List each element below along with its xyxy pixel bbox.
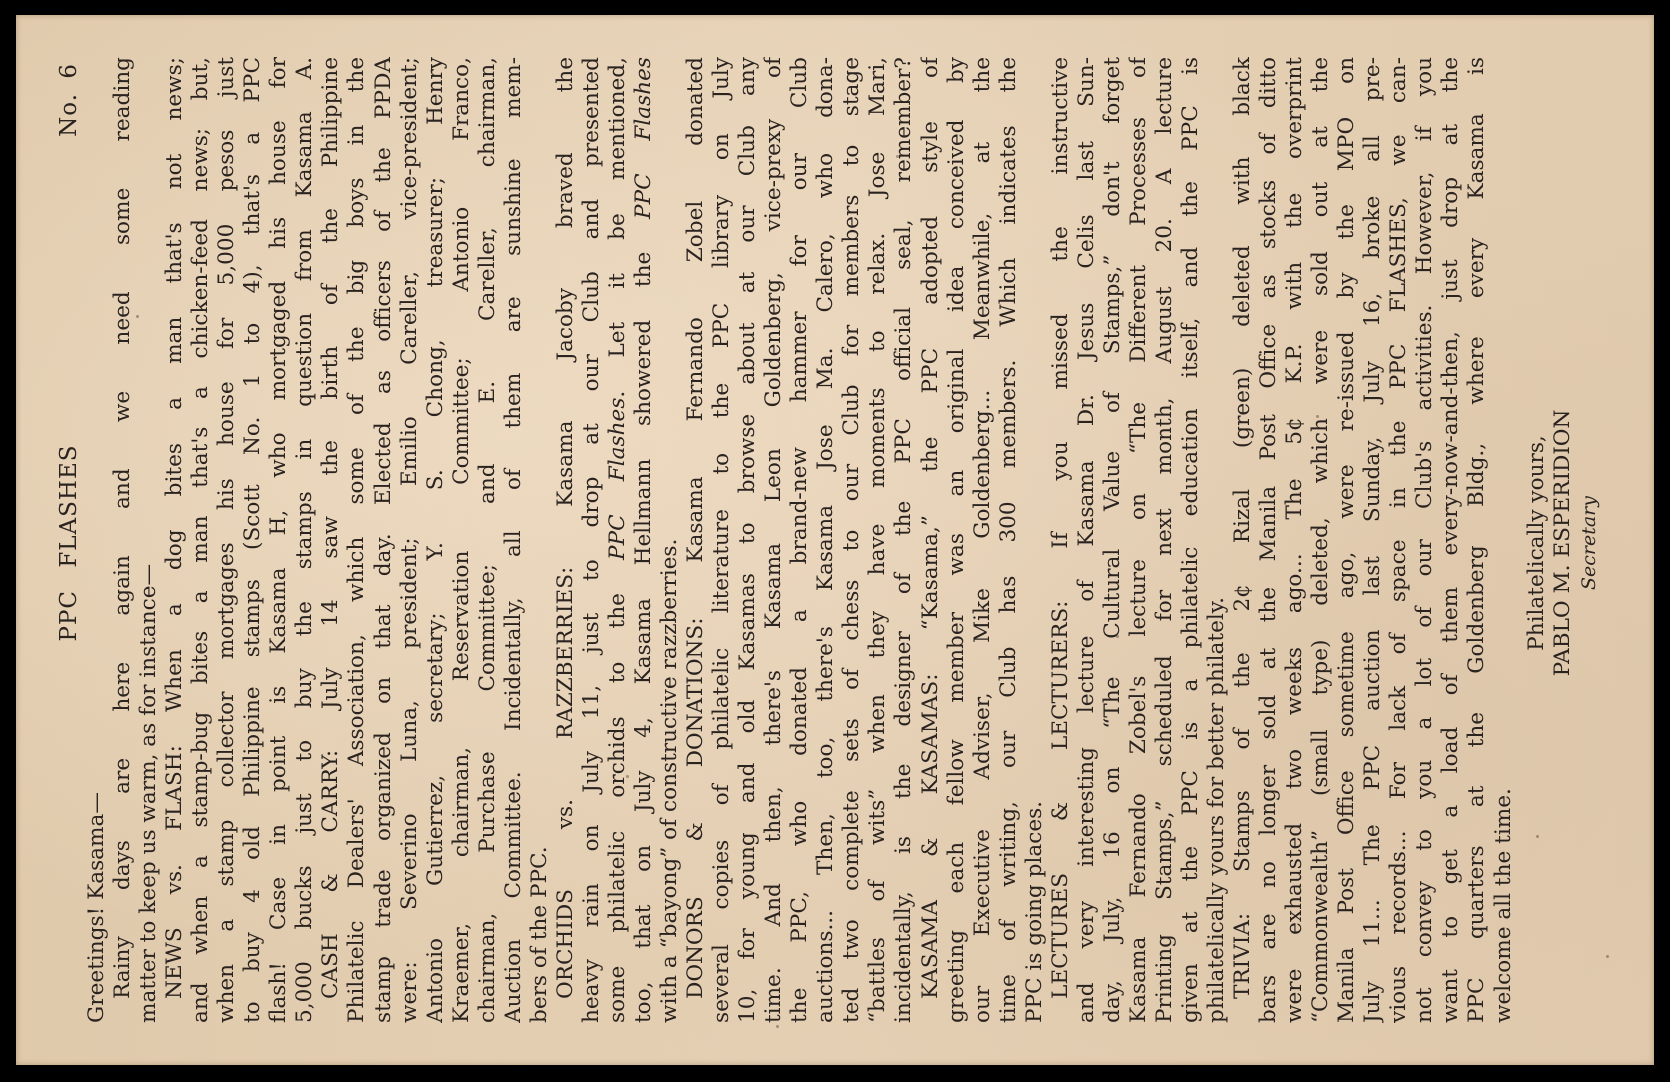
text-line: Antonio Gutierrez, secretary; Y. S. Chon…	[423, 57, 449, 1023]
paper-speck	[1536, 835, 1539, 838]
text-line: chairman, Purchase Committee; and E. Car…	[475, 57, 501, 1023]
newsletter-page: PPC FLASHES No. 6 Greetings! Kasama—Rain…	[16, 15, 1654, 1065]
signature-block: Philatelically yours, PABLO M. ESPERIDIO…	[1524, 63, 1602, 1023]
text-line: Kasama Fernando Zobel's lecture on “The …	[1126, 57, 1152, 1023]
signatory-role: Secretary	[1576, 63, 1602, 1023]
masthead: PPC FLASHES No. 6	[56, 63, 86, 1023]
text-line: greeting each fellow member was an origi…	[944, 57, 970, 1023]
text-line: Philatelic Dealers' Association, which s…	[344, 57, 370, 1023]
text-line: ORCHIDS vs. RAZZBERRIES: Kasama Jacoby b…	[553, 57, 579, 1023]
text-line: given at the PPC is a philatelic educati…	[1178, 57, 1204, 1023]
text-line: philatelically yours for better philatel…	[1204, 57, 1230, 1023]
text-line: Printing Stamps,” scheduled for next mon…	[1152, 57, 1178, 1023]
text-line: 5,000 bucks just to buy the stamps in qu…	[292, 57, 318, 1023]
text-line: some philatelic orchids to the PPC Flash…	[605, 57, 631, 1023]
text-line: flash! Case in point is Kasama H, who mo…	[266, 57, 292, 1023]
text-line: our Executive Adviser, Mike Goldenberg..…	[970, 57, 996, 1023]
signatory-name: PABLO M. ESPERIDION	[1550, 63, 1576, 1023]
article-body: Greetings! Kasama—Rainy days are here ag…	[84, 57, 1517, 1023]
text-line: DONORS & DONATIONS: Kasama Fernando Zobe…	[683, 57, 709, 1023]
text-line: with a “bayong” of constructive razzberr…	[657, 57, 683, 1023]
text-line: TRIVIA: Stamps of the 2¢ Rizal (green) d…	[1230, 57, 1256, 1023]
text-line: “Commonwealth” (small type) deleted, whi…	[1308, 57, 1334, 1023]
closing: Philatelically yours,	[1524, 63, 1550, 1023]
text-line: welcome all the time.	[1491, 57, 1517, 1023]
text-line: 10, for young and old Kasamas to browse …	[735, 57, 761, 1023]
text-line: want to get a load of them every-now-and…	[1438, 57, 1464, 1023]
text-line: stamp trade organized on that day. Elect…	[371, 57, 397, 1023]
text-line: “battles of wits” when they have moments…	[865, 57, 891, 1023]
text-line: Auction Committee. Incidentally, all of …	[501, 57, 527, 1023]
issue-number: No. 6	[56, 63, 82, 137]
text-line: and very interesting lecture of Kasama D…	[1074, 57, 1100, 1023]
text-line: Greetings! Kasama—	[84, 57, 110, 1023]
paper-speck	[896, 155, 899, 158]
text-line: KASAMA & KASAMAS: “Kasama,” the PPC adop…	[918, 57, 944, 1023]
text-line: the PPC, who donated a brand-new hammer …	[787, 57, 813, 1023]
text-line: bars are no longer sold at the Manila Po…	[1256, 57, 1282, 1023]
paper-speck	[626, 775, 629, 778]
text-line: not convey to you a lot of our Club's ac…	[1412, 57, 1438, 1023]
text-line: ted two complete sets of chess to our Cl…	[839, 57, 865, 1023]
text-line: Kraemer, chairman, Reservation Committee…	[449, 57, 475, 1023]
text-line: when a stamp collector mortgages his hou…	[214, 57, 240, 1023]
text-line: several copies of philatelic literature …	[709, 57, 735, 1023]
text-line: heavy rain on July 11, just to drop at o…	[579, 57, 605, 1023]
paper-speck	[1116, 635, 1119, 638]
text-line: matter to keep us warm, as for instance—	[136, 57, 162, 1023]
paper-speck	[1606, 955, 1609, 958]
text-line: LECTURES & LECTURERS: If you missed the …	[1048, 57, 1074, 1023]
text-line: and when a stamp-bug bites a man that's …	[188, 57, 214, 1023]
newsletter-title: PPC FLASHES	[56, 63, 82, 1023]
text-line: too, that on July 4, Kasama Hellmann sho…	[631, 57, 657, 1023]
text-line: were: Severino Luna, president; Emilio C…	[397, 57, 423, 1023]
text-line: NEWS vs. FLASH: When a dog bites a man t…	[162, 57, 188, 1023]
paper-speck	[436, 235, 439, 238]
text-line: Manila Post Office sometime ago, were re…	[1334, 57, 1360, 1023]
text-line: auctions... Then, too, there's Kasama Jo…	[813, 57, 839, 1023]
text-line: bers of the PPC.	[527, 57, 553, 1023]
text-line: CASH & CARRY: July 14 saw the birth of t…	[318, 57, 344, 1023]
paper-speck	[776, 1025, 779, 1028]
text-line: were exhausted two weeks ago... The 5¢ K…	[1282, 57, 1308, 1023]
text-line: Rainy days are here again and we need so…	[110, 57, 136, 1023]
text-line: time. And then, there's Kasama Leon Gold…	[761, 57, 787, 1023]
paper-speck	[1316, 415, 1319, 418]
paper-speck	[206, 995, 209, 998]
text-line: PPC quarters at the Goldenberg Bldg., wh…	[1464, 57, 1490, 1023]
text-line: July 11... The PPC auction last Sunday, …	[1360, 57, 1386, 1023]
text-line: day, July, 16 on “The Cultural Value of …	[1100, 57, 1126, 1023]
paper-speck	[136, 315, 139, 318]
text-line: PPC is going places.	[1022, 57, 1048, 1023]
text-line: incidentally, is the designer of the PPC…	[891, 57, 917, 1023]
text-line: vious records... For lack of space in th…	[1386, 57, 1412, 1023]
text-line: to buy 4 old Philippine stamps (Scott No…	[240, 57, 266, 1023]
text-line: time of writing, our Club has 300 member…	[996, 57, 1022, 1023]
rotated-text-frame: PPC FLASHES No. 6 Greetings! Kasama—Rain…	[16, 15, 1654, 1065]
